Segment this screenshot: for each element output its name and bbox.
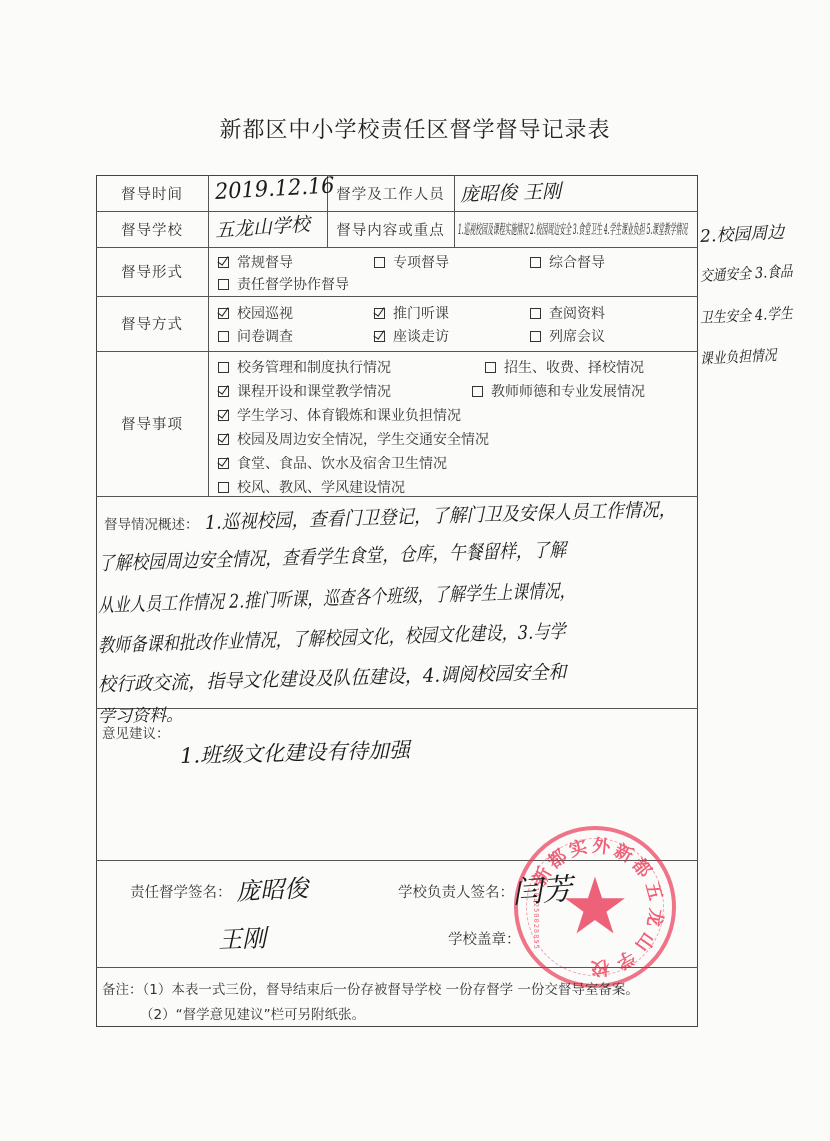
checkbox-checked-icon[interactable]	[374, 308, 385, 319]
item-option[interactable]: 校园及周边安全情况，学生交通安全情况	[218, 429, 489, 449]
method-option-campus-patrol[interactable]: 校园巡视	[218, 303, 293, 323]
item-option[interactable]: 学生学习、体育锻炼和课业负担情况	[218, 405, 461, 425]
form-option-collaborative[interactable]: 责任督学协作督导	[218, 274, 349, 294]
checkbox-icon[interactable]	[472, 386, 483, 397]
checkbox-icon[interactable]	[530, 257, 541, 268]
content-overflow-line: 2.校园周边	[699, 218, 784, 247]
checkbox-checked-icon[interactable]	[218, 410, 229, 421]
document-title: 新都区中小学校责任区督学督导记录表	[0, 113, 830, 144]
checkbox-checked-icon[interactable]	[218, 434, 229, 445]
checkbox-icon[interactable]	[218, 331, 229, 342]
method-option-review-documents[interactable]: 查阅资料	[530, 303, 605, 323]
form-label: 督导形式	[96, 247, 208, 296]
notes-line-1: 备注：（1）本表一式三份，督导结束后一份存被督导学校 一份存督学 一份交督导室备…	[102, 978, 639, 998]
supervisor-signature-label: 责任督学签名：	[130, 881, 232, 902]
method-option-interview[interactable]: 座谈走访	[374, 326, 449, 346]
item-option[interactable]: 教师师德和专业发展情况	[472, 381, 645, 401]
column-divider	[208, 175, 209, 496]
method-option-class-visit[interactable]: 推门听课	[374, 303, 449, 323]
content-overflow-line: 交通安全 3.食品	[699, 260, 793, 286]
item-option[interactable]: 校务管理和制度执行情况	[218, 357, 391, 377]
checkbox-icon[interactable]	[530, 308, 541, 319]
checkbox-icon[interactable]	[218, 279, 229, 290]
method-option-questionnaire[interactable]: 问卷调查	[218, 326, 293, 346]
item-option[interactable]: 校风、教风、学风建设情况	[218, 477, 405, 497]
form-option-comprehensive[interactable]: 综合督导	[530, 252, 605, 272]
suggestions-label: 意见建议：	[102, 722, 170, 742]
stamp-char: 外	[591, 831, 612, 859]
form-option-regular[interactable]: 常规督导	[218, 252, 293, 272]
time-label: 督导时间	[96, 175, 208, 211]
overview-label: 督导情况概述：	[104, 513, 199, 533]
checkbox-icon[interactable]	[218, 482, 229, 493]
content-value: 1.巡视校园及课程实施情况 2.校园周边安全 3.食堂卫生 4.学生课业负担 5…	[458, 219, 688, 239]
item-option[interactable]: 食堂、食品、饮水及宿舍卫生情况	[218, 453, 447, 473]
stamp-label: 学校盖章：	[448, 928, 521, 949]
form-option-special[interactable]: 专项督导	[374, 252, 449, 272]
item-option[interactable]: 课程开设和课堂教学情况	[218, 381, 391, 401]
suggestion-line: 1.班级文化建设有待加强	[180, 734, 411, 770]
staff-value: 庞昭俊 王刚	[460, 176, 562, 207]
checkbox-icon[interactable]	[218, 362, 229, 373]
notes-line-2: （2）“督学意见建议”栏可另附纸张。	[140, 1003, 365, 1023]
checkbox-icon[interactable]	[374, 257, 385, 268]
method-label: 督导方式	[96, 296, 208, 351]
checkbox-checked-icon[interactable]	[374, 331, 385, 342]
checkbox-icon[interactable]	[485, 362, 496, 373]
checkbox-checked-icon[interactable]	[218, 257, 229, 268]
checkbox-icon[interactable]	[530, 331, 541, 342]
staff-label: 督学及工作人员	[327, 175, 454, 211]
principal-signature-label: 学校负责人签名：	[398, 881, 514, 902]
method-option-attend-meeting[interactable]: 列席会议	[530, 326, 605, 346]
content-label: 督导内容或重点	[327, 211, 454, 247]
supervisor-signature: 庞昭俊	[235, 868, 309, 907]
checkbox-checked-icon[interactable]	[218, 458, 229, 469]
row-divider	[96, 708, 698, 709]
content-overflow-line: 卫生安全 4.学生	[699, 302, 793, 328]
item-option[interactable]: 招生、收费、择校情况	[485, 357, 644, 377]
school-label: 督导学校	[96, 211, 208, 247]
content-overflow-line: 课业负担情况	[699, 344, 777, 369]
checkbox-checked-icon[interactable]	[218, 386, 229, 397]
items-label: 督导事项	[96, 351, 208, 496]
principal-signature: 闫芳	[510, 864, 573, 912]
column-divider	[454, 175, 455, 247]
checkbox-checked-icon[interactable]	[218, 308, 229, 319]
supervisor-signature: 王刚	[217, 918, 266, 955]
